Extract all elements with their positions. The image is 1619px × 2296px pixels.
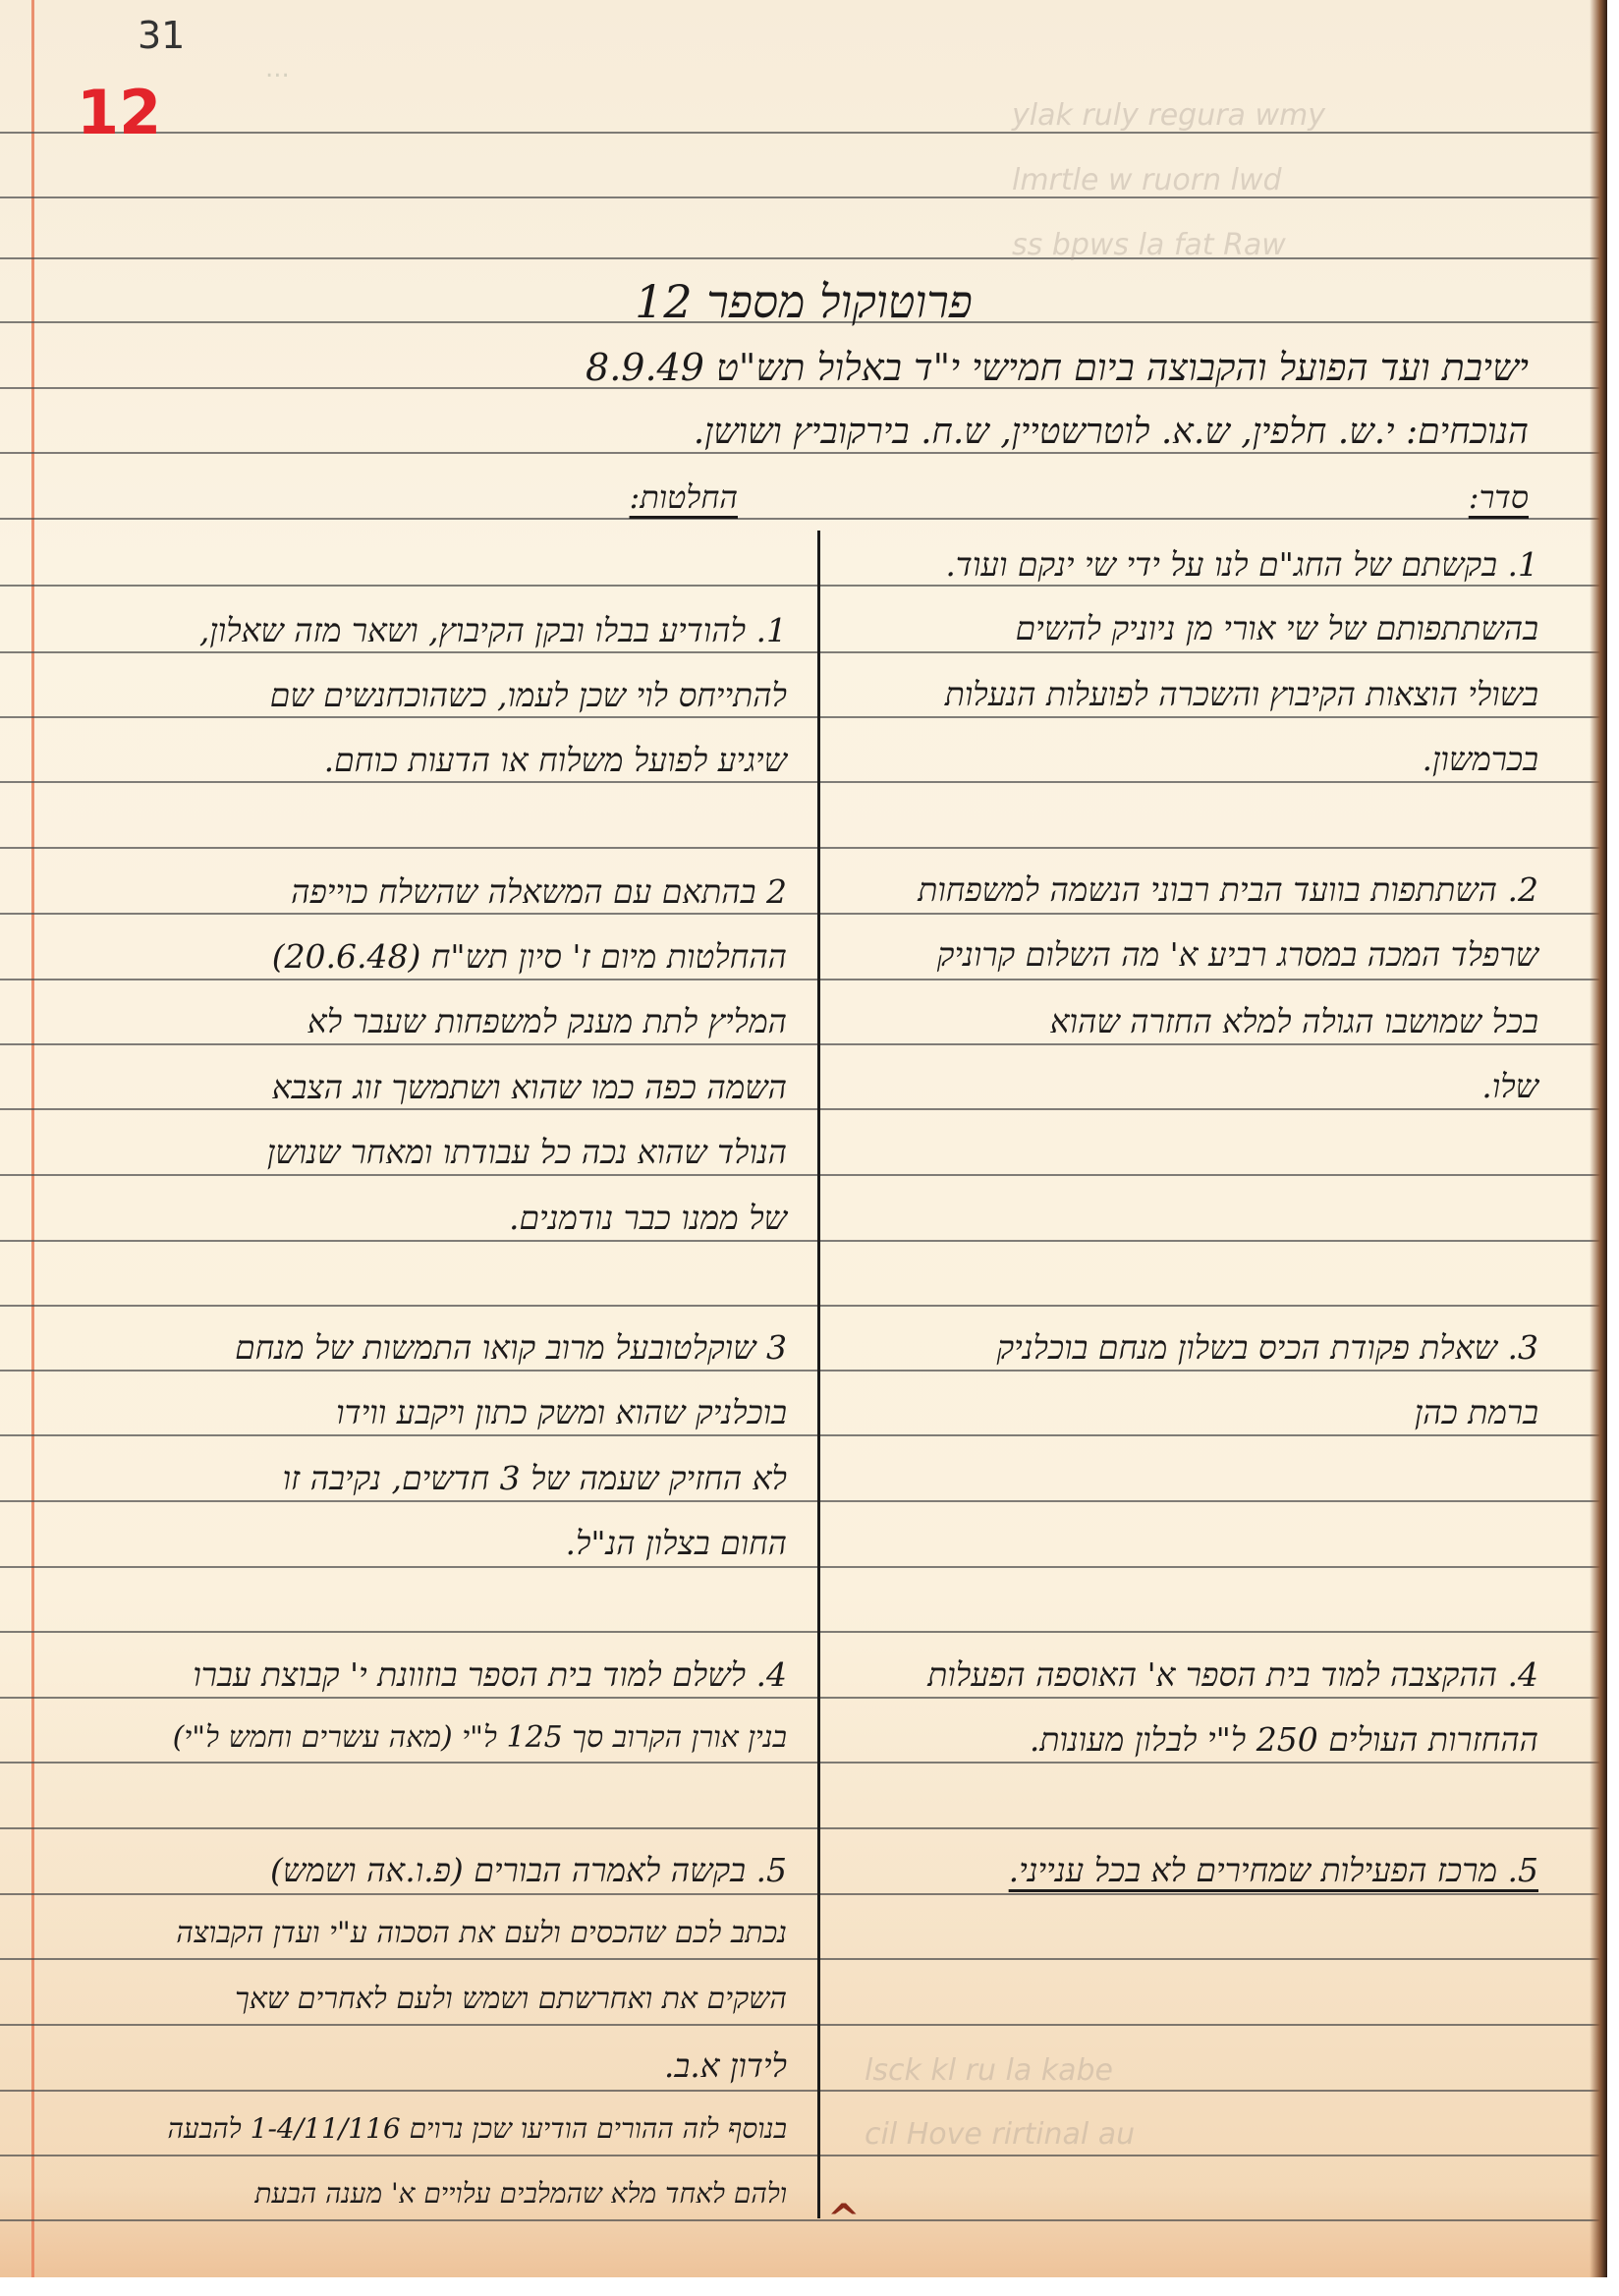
ruled-line xyxy=(0,1500,1607,1502)
decision-2-line: המליץ לתת מענק למשפחות שעבר לא xyxy=(307,1002,787,1041)
meeting-line: ישיבת ועד הפועל והקבוצה ביום חמישי י"ד ב… xyxy=(586,346,1529,390)
agenda-item-1-line: בהשתתפותם של שי אורי מן ניוניק להשים xyxy=(1016,609,1538,648)
ruled-line xyxy=(0,1958,1607,1960)
agenda-item-4-line: 4. ההקצבה למוד בית הספר א' האוספה הפעלות xyxy=(927,1655,1538,1695)
agenda-item-4-line: ההחזרות העולים 250 ל"י לבלון מעונות. xyxy=(1030,1720,1538,1760)
decision-3-line: בוכלניק שהוא ומשק כתון ויקבע ווידו xyxy=(336,1393,787,1432)
bleed-through-text: lsck kl ru la kabe xyxy=(865,2053,1113,2088)
decision-1-line: להתייחס לוי שכן לעמו, כשהוכחנשים שם xyxy=(270,676,787,715)
ruled-line xyxy=(0,913,1607,915)
decision-5-line: 5. בקשה לאמרה הבורים (פ.ו.אה ושמש) xyxy=(270,1851,787,1890)
agenda-item-5-line: 5. מרכז הפעילות שמחירים לא בכל ענייני. xyxy=(1009,1851,1538,1890)
agenda-item-2-line: שלו. xyxy=(1481,1067,1538,1106)
bleed-through-text: ss bpws la fat Raw xyxy=(1012,228,1286,262)
ruled-line xyxy=(0,196,1607,198)
margin-line xyxy=(31,0,34,2277)
agenda-item-2-line: בכל שמושבו הגולה למלא החזרה שהוא xyxy=(1050,1002,1538,1041)
bleed-through-text: lmrtle w ruorn lwd xyxy=(1012,163,1282,197)
agenda-item-2-line: שרפלד המכה במסרג רביע א' מה השלום קרוניק xyxy=(937,935,1538,975)
ruled-line xyxy=(0,2155,1607,2156)
agenda-item-3-line: ברמת כהן xyxy=(1415,1393,1538,1432)
decision-2-line: ההחלטות מיום ז' סיון תש"ח (20.6.48) xyxy=(272,937,787,977)
bleed-through-text: cil Hove rirtinal au xyxy=(865,2117,1135,2152)
decision-3-line: 3 שוקלטובעל מרוב קואו התמשות של מנחם xyxy=(235,1328,787,1368)
decision-5-line: השקים את ואחרשתם ושמש ולעם לאחרים שאך xyxy=(235,1982,787,2016)
ruled-line xyxy=(0,1697,1607,1699)
decision-2-line: הנולד שהוא נכה כל עבודתו ומאחר שנושן xyxy=(267,1133,787,1172)
ruled-line xyxy=(0,2090,1607,2092)
decision-5-line: נכתב לכם שהכסים ולעם את הסכוה ע"י ועדן ה… xyxy=(176,1916,787,1950)
decision-1-line: 1. להודיע בבלו ובקן הקיבוץ, ושאר מזה שאל… xyxy=(199,611,787,650)
ruled-line xyxy=(0,1893,1607,1895)
agenda-item-3-line: 3. שאלת פקודת הכיס בשלון מנחם בוכלניק xyxy=(996,1328,1538,1368)
ruled-line xyxy=(0,1762,1607,1764)
decision-2-line: השמה כפה כמו שהוא ושתמשך זוג הצבא xyxy=(272,1068,787,1107)
ruled-line xyxy=(0,132,1607,134)
ruled-line xyxy=(0,1631,1607,1633)
ruled-line xyxy=(0,518,1607,520)
bleed-through-text: ylak ruly regura wmy xyxy=(1012,98,1325,133)
decision-2-line: 2 בהתאם עם המשאלה שהשלח כוייפה xyxy=(291,872,787,912)
decision-1-line: שיגיע לפועל משלוח או הדעות כוחם. xyxy=(324,741,787,780)
page-number: 31 xyxy=(138,14,185,57)
decision-3-line: החום בצלון הנ"ל. xyxy=(565,1524,787,1563)
ruled-line xyxy=(0,1108,1607,1110)
bottom-note-line: בנוסף לזה ההורים הודיעו שכן נרוים 1-4/11… xyxy=(168,2112,788,2146)
ruled-line xyxy=(0,2219,1607,2221)
decision-5-line: לידון א.ב. xyxy=(664,2046,787,2086)
agenda-item-2-line: 2. השתתפות בוועד הבית רבוני הנשמה למשפחו… xyxy=(918,870,1538,910)
ruled-line xyxy=(0,1174,1607,1176)
decision-4-line: בנין אורן הקרוב סך 125 ל"י (מאה עשרים וח… xyxy=(173,1720,787,1755)
ruled-line xyxy=(0,1434,1607,1436)
present-line: הנוכחים: י.ש. חלפין, ש.א. לוטרשטיין, ש.ח… xyxy=(694,411,1529,452)
ruled-line xyxy=(0,651,1607,653)
document-page: ylak ruly regura wmy lmrtle w ruorn lwd … xyxy=(0,0,1607,2277)
ruled-line xyxy=(0,1305,1607,1307)
ruled-line xyxy=(0,847,1607,849)
ruled-line xyxy=(0,781,1607,783)
red-check-mark: ^ xyxy=(827,2196,861,2242)
decision-3-line: לא החזיק שעמה של 3 חדשים, נקיבה זו xyxy=(283,1459,787,1498)
bottom-note-line: ולהם לאחד מלא שהמלבים עלויים א' מענה הבע… xyxy=(254,2177,787,2211)
ruled-line xyxy=(0,1827,1607,1829)
agenda-item-1-line: בשולי הוצאות הקיבוץ והשכרה לפועלות הנעלו… xyxy=(945,675,1538,714)
decision-2-line: של ממנו כבר נודמנים. xyxy=(509,1199,787,1238)
protocol-title: פרוטוקול מספר 12 xyxy=(0,275,1607,328)
ruled-line xyxy=(0,585,1607,587)
ruled-line xyxy=(0,452,1607,454)
faint-stamp: ... xyxy=(265,54,290,84)
decision-4-line: 4. לשלם למוד בית הספר בוזוונת י' קבוצת ע… xyxy=(193,1655,787,1695)
ruled-line xyxy=(0,2024,1607,2026)
ruled-line xyxy=(0,1240,1607,1242)
column-divider xyxy=(817,531,820,2218)
ruled-line xyxy=(0,979,1607,980)
ruled-line xyxy=(0,716,1607,718)
ruled-line xyxy=(0,1370,1607,1372)
agenda-item-1-line: 1. בקשתם של החג"ם לנו על ידי שי ינקם ועו… xyxy=(945,545,1538,585)
ruled-line xyxy=(0,257,1607,259)
agenda-item-1-line: בכרמשון. xyxy=(1422,740,1538,779)
decisions-header: החלטות: xyxy=(630,478,738,516)
ruled-line xyxy=(0,1043,1607,1045)
red-protocol-number: 12 xyxy=(77,77,161,148)
ruled-line xyxy=(0,1566,1607,1568)
agenda-header: סדר: xyxy=(1469,478,1529,516)
